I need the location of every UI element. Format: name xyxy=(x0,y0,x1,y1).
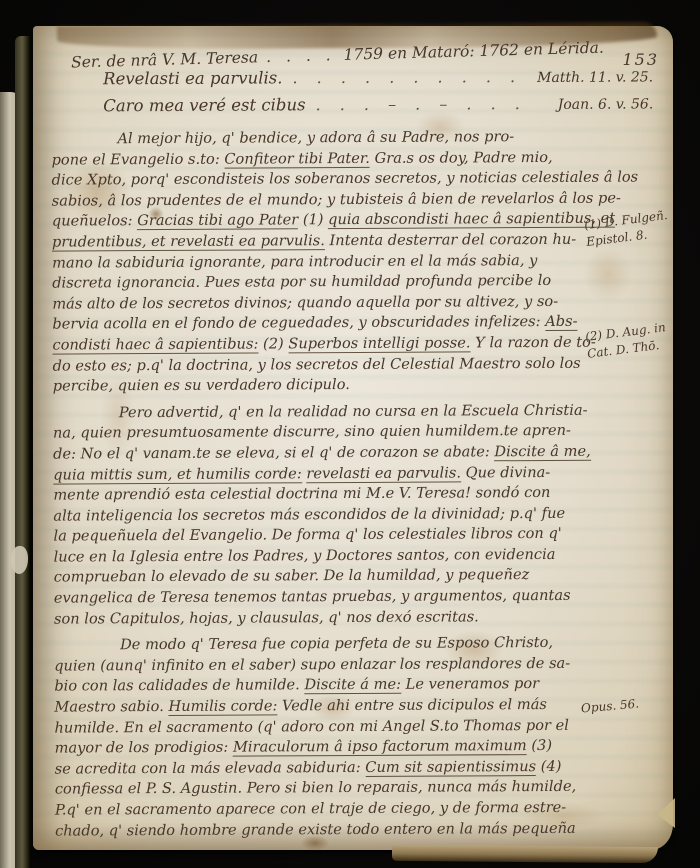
paragraph: De modo q' Teresa fue copia perfeta de s… xyxy=(54,633,615,842)
text-line: mente aprendió esta celestial doctrina m… xyxy=(53,483,613,507)
text-line: do esto es; p.q' la doctrina, y los secr… xyxy=(53,353,613,377)
paragraph: Pero advertid, q' en la realidad no curs… xyxy=(53,400,614,629)
epigraph-line: Revelasti ea parvulis.. . . . . . . . . … xyxy=(103,66,653,96)
text-line: chado, q' siendo hombre grande existe to… xyxy=(55,818,615,842)
text-line: percibe, quien es su verdadero dicipulo. xyxy=(53,374,613,398)
text-line: condisti haec â sapientibus: (2) Superbo… xyxy=(52,333,612,357)
text-line: na, quien presumtuosamente discurre, sin… xyxy=(53,421,613,445)
paragraph: Al mejor hijo, q' bendice, y adora â su … xyxy=(51,127,612,398)
text-line: quia mittis sum, et humilis corde: revel… xyxy=(53,462,613,486)
text-line: evangelica de Teresa tenemos tantas prue… xyxy=(54,586,614,610)
text-line: mano la sabiduria ignorante, para introd… xyxy=(52,250,612,274)
binding-gutter xyxy=(15,36,31,868)
text-line: bervia acolla en el fondo de ceguedades,… xyxy=(52,312,612,336)
text-line: prudentibus, et revelasti ea parvulis. I… xyxy=(52,230,612,254)
text-line: son los Capitulos, hojas, y clausulas, q… xyxy=(54,606,614,630)
text-line: de: No el q' vanam.te se eleva, si el q'… xyxy=(53,442,613,466)
text-line: pone el Evangelio s.to: Confiteor tibi P… xyxy=(51,147,611,171)
text-line: Al mejor hijo, q' bendice, y adora â su … xyxy=(51,127,611,151)
leader-dots: . . . . xyxy=(258,46,344,66)
text-line: queñuelos: Gracias tibi ago Pater (1) qu… xyxy=(52,209,612,233)
text-line: bio con las calidades de humilde. Discit… xyxy=(54,674,614,698)
page-content: Ser. de nrâ V. M. Teresa . . . . 1759 en… xyxy=(31,24,675,851)
scripture-citation: Matth. 11. v. 25. xyxy=(537,69,653,86)
leader-dots: . . . – . – . . . xyxy=(306,94,558,114)
manuscript-body: Al mejor hijo, q' bendice, y adora â su … xyxy=(51,127,615,842)
text-line: se acredita con la más elevada sabiduria… xyxy=(55,756,615,780)
text-line: Maestro sabio. Humilis corde: Vedle ahi … xyxy=(54,695,614,719)
leader-dots: . . . . . . . . . . xyxy=(282,67,537,87)
epigraph-text: Revelasti ea parvulis. xyxy=(103,68,282,88)
epigraph-line: Caro mea veré est cibus. . . – . – . . .… xyxy=(103,93,653,123)
text-line: comprueban lo elevado de su saber. De la… xyxy=(54,565,614,589)
text-line: P.q' en el sacramento aparece con el tra… xyxy=(55,798,615,822)
epigraph-text: Caro mea veré est cibus xyxy=(103,95,305,115)
manuscript-page: 153 Ser. de nrâ V. M. Teresa . . . . 175… xyxy=(33,26,673,850)
text-line: mayor de los prodigios: Miraculorum â ip… xyxy=(55,736,615,760)
scripture-citation: Joan. 6. v. 56. xyxy=(558,96,654,112)
text-line: más alto de los secretos divinos; quando… xyxy=(52,291,612,315)
text-line: dice Xpto, porq' escondisteis los sobera… xyxy=(52,168,612,192)
text-line: De modo q' Teresa fue copia perfeta de s… xyxy=(54,633,614,657)
text-line: sabios, â los prudentes de el mundo; y t… xyxy=(52,188,612,212)
text-line: humilde. En el sacramento (q' adoro con … xyxy=(54,715,614,739)
text-line: luce en la Iglesia entre los Padres, y D… xyxy=(54,545,614,569)
page-edges-underneath xyxy=(392,845,658,863)
epigraphs: Revelasti ea parvulis.. . . . . . . . . … xyxy=(45,66,655,123)
text-line: Pero advertid, q' en la realidad no curs… xyxy=(53,400,613,424)
text-line: discreta ignorancia. Pues esta por su hu… xyxy=(52,271,612,295)
sermon-dates: 1759 en Mataró: 1762 en Lérida. xyxy=(343,39,604,64)
text-line: quien (aunq' infinito en el saber) supo … xyxy=(54,653,614,677)
text-line: alta inteligencia los secretos más escon… xyxy=(53,503,613,527)
manuscript-photo: 153 Ser. de nrâ V. M. Teresa . . . . 175… xyxy=(0,0,700,868)
text-line: confiessa el P. S. Agustin. Pero si bien… xyxy=(55,777,615,801)
text-line: la pequeñuela del Evangelio. De forma q'… xyxy=(53,524,613,548)
